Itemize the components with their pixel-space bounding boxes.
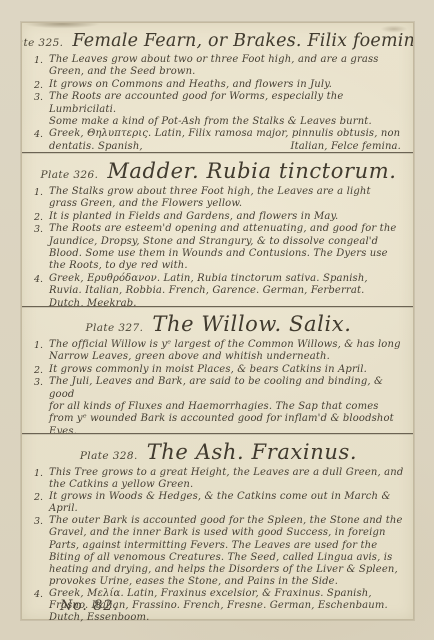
- entry-willow: Plate 327. The Willow. Salix. 1. The off…: [22, 307, 413, 434]
- item-text: Greek, Ερυθρόδανον. Latin, Rubia tinctor…: [49, 273, 405, 307]
- item-text: The outer Bark is accounted good for the…: [49, 515, 405, 588]
- list-item: 1. The Stalks grow about three Foot high…: [32, 186, 405, 211]
- entry-ash: Plate 328. The Ash. Fraxinus. 1. This Tr…: [22, 434, 413, 624]
- entry-header: Plate 328. The Ash. Fraxinus.: [32, 440, 405, 464]
- engraved-plate-page: Plate 325. Female Fearn, or Brakes. Fili…: [21, 22, 414, 620]
- list-item: 1. This Tree grows to a great Height, th…: [32, 467, 405, 491]
- entry-items: 1. The official Willow is yᵉ largest of …: [32, 339, 405, 434]
- list-item: 2. It grows in Woods & Hedges, & the Cat…: [32, 491, 405, 515]
- entry-title: The Ash. Fraxinus.: [147, 440, 357, 464]
- entry-header: Plate 326. Madder. Rubia tinctorum.: [32, 159, 405, 183]
- item-number: 2.: [32, 79, 49, 91]
- item-number: 4.: [32, 128, 49, 140]
- item-number: 3.: [32, 376, 49, 388]
- list-item-languages: 4. Greek, Θηλυπτερις. Latin, Filix ramos…: [32, 128, 405, 153]
- item-number: 2.: [32, 211, 49, 223]
- list-item: 1. The official Willow is yᵉ largest of …: [32, 339, 405, 364]
- item-text: It grows in Woods & Hedges, & the Catkin…: [49, 491, 405, 515]
- list-item: 2. It grows on Commons and Heaths, and f…: [32, 79, 405, 91]
- item-number: 4.: [32, 273, 49, 285]
- language-right: Italian, Felce femina.: [291, 141, 401, 153]
- item-number: 2.: [32, 364, 49, 376]
- language-line: dentatis. Spanish, Italian, Felce femina…: [49, 141, 405, 153]
- list-item: 3. The outer Bark is accounted good for …: [32, 515, 405, 588]
- entry-madder: Plate 326. Madder. Rubia tinctorum. 1. T…: [22, 153, 413, 307]
- item-text: It grows on Commons and Heaths, and flow…: [49, 79, 405, 91]
- item-text: The Roots are esteem'd opening and atten…: [49, 223, 405, 273]
- list-item: 2. It is planted in Fields and Gardens, …: [32, 211, 405, 223]
- item-number: 3.: [32, 515, 49, 527]
- item-text: The Roots are accounted good for Worms, …: [49, 91, 405, 128]
- list-item: 1. The Leaves grow about two or three Fo…: [32, 54, 405, 79]
- entry-header: Plate 327. The Willow. Salix.: [32, 312, 405, 336]
- plate-number-label: Plate 325.: [22, 37, 63, 49]
- entry-title: Female Fearn, or Brakes. Filix foemina.: [72, 31, 413, 51]
- entry-title: Madder. Rubia tinctorum.: [107, 159, 396, 183]
- item-number: 4.: [32, 588, 49, 600]
- list-item: 3. The Juli, Leaves and Bark, are said t…: [32, 376, 405, 434]
- item-number: 1.: [32, 186, 49, 198]
- list-item: 3. The Roots are esteem'd opening and at…: [32, 223, 405, 273]
- item-number: 1.: [32, 339, 49, 351]
- item-text: This Tree grows to a great Height, the L…: [49, 467, 405, 491]
- entry-items: 1. The Leaves grow about two or three Fo…: [32, 54, 405, 153]
- item-text: The Stalks grow about three Foot high, t…: [49, 186, 405, 211]
- language-left: dentatis. Spanish,: [49, 141, 143, 153]
- item-text: Greek, Θηλυπτερις. Latin, Filix ramosa m…: [49, 128, 405, 153]
- item-text: The Juli, Leaves and Bark, are said to b…: [49, 376, 405, 434]
- plate-number-label: Plate 327.: [86, 322, 144, 334]
- plate-number-label: Plate 326.: [40, 169, 98, 181]
- item-number: 1.: [32, 54, 49, 66]
- item-text: It grows commonly in moist Places, & bea…: [49, 364, 405, 376]
- item-text: It is planted in Fields and Gardens, and…: [49, 211, 405, 223]
- page-number: No. 82.: [60, 598, 119, 614]
- scanned-book-page: Plate 325. Female Fearn, or Brakes. Fili…: [0, 0, 434, 640]
- item-number: 3.: [32, 223, 49, 235]
- entry-items: 1. The Stalks grow about three Foot high…: [32, 186, 405, 307]
- list-item: 2. It grows commonly in moist Places, & …: [32, 364, 405, 376]
- item-text: The official Willow is yᵉ largest of the…: [49, 339, 405, 364]
- entry-header: Plate 325. Female Fearn, or Brakes. Fili…: [32, 31, 405, 51]
- item-number: 2.: [32, 491, 49, 503]
- item-text: The Leaves grow about two or three Foot …: [49, 54, 405, 79]
- entry-title: The Willow. Salix.: [152, 312, 351, 336]
- item-number: 1.: [32, 467, 49, 479]
- list-item-languages: 4. Greek, Ερυθρόδανον. Latin, Rubia tinc…: [32, 273, 405, 307]
- list-item: 3. The Roots are accounted good for Worm…: [32, 91, 405, 128]
- entry-female-fearn: Plate 325. Female Fearn, or Brakes. Fili…: [22, 23, 413, 153]
- item-number: 3.: [32, 91, 49, 103]
- plate-number-label: Plate 328.: [80, 450, 138, 462]
- language-line: Greek, Θηλυπτερις. Latin, Filix ramosa m…: [49, 128, 405, 140]
